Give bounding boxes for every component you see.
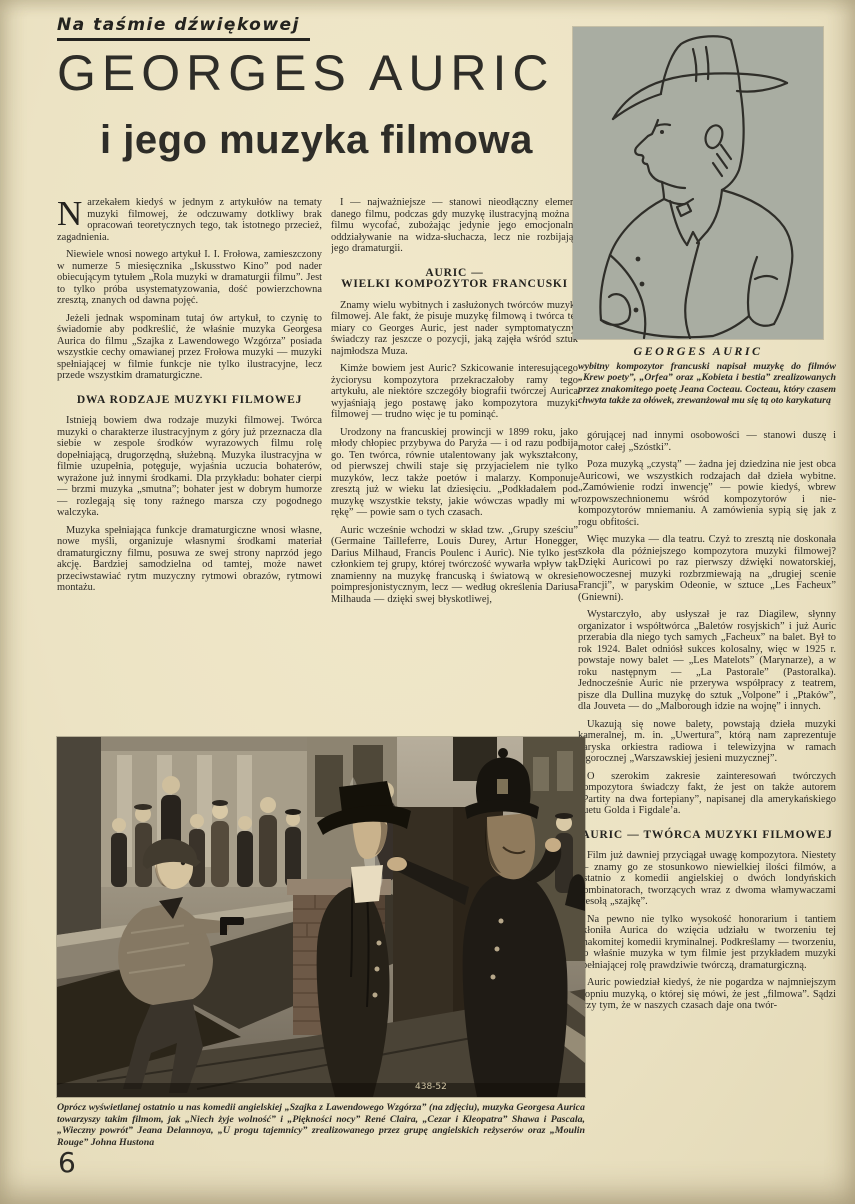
body-paragraph: Muzyka spełniająca funkcje dramaturgiczn…	[57, 525, 322, 594]
body-paragraph: Więc muzyka — dla teatru. Czyż to zreszt…	[578, 534, 836, 603]
caricature-caption-title: GEORGES AURIC	[573, 344, 823, 359]
body-paragraph: Poza muzyką „czystą” — żadna jej dziedzi…	[578, 459, 836, 528]
article-subtitle: i jego muzyka filmowa	[100, 118, 533, 163]
body-paragraph: Znamy wielu wybitnych i zasłużonych twór…	[331, 300, 578, 358]
body-paragraph: górującej nad innymi osobowości — stanow…	[578, 430, 836, 453]
body-paragraph: Ukazują się nowe balety, powstają dzieła…	[578, 719, 836, 765]
film-still-photo: 438-52	[57, 737, 585, 1097]
body-paragraph: Auric powiedział kiedyś, że nie pogardza…	[578, 977, 836, 1012]
body-paragraph: Na pewno nie tylko wysokość honorarium i…	[578, 914, 836, 972]
body-paragraph: Wystarczyło, aby usłyszał je raz Diagile…	[578, 609, 836, 713]
body-paragraph: Urodzony na francuskiej prowincji w 1899…	[331, 427, 578, 519]
body-paragraph: Jeżeli jednak wspominam tutaj ów artykuł…	[57, 313, 322, 382]
body-paragraph: Kimże bowiem jest Auric? Szkicowanie int…	[331, 363, 578, 421]
body-paragraph: O szerokim zakresie zainteresowań twórcz…	[578, 771, 836, 817]
text-column-3: górującej nad innymi osobowości — stanow…	[578, 430, 836, 1194]
section-kicker: Na taśmie dźwiękowej	[57, 15, 310, 41]
text-column-2: I — najważniejsze — stanowi nieodłączny …	[331, 197, 578, 737]
body-paragraph: Auric wcześnie wchodzi w skład tzw. „Gru…	[331, 525, 578, 606]
text-column-1: Narzekałem kiedyś w jednym z artykułów n…	[57, 197, 322, 737]
auric-caricature-image	[573, 27, 823, 339]
section-heading: AURIC — WIELKI KOMPOZYTOR FRANCUSKI	[331, 268, 578, 291]
photo-negative-mark: 438-52	[415, 1082, 447, 1092]
body-paragraph: I — najważniejsze — stanowi nieodłączny …	[331, 197, 578, 255]
section-heading: AURIC — TWÓRCA MUZYKI FILMOWEJ	[578, 830, 836, 842]
article-title: GEORGES AURIC	[57, 44, 555, 102]
page-number: 6	[58, 1146, 76, 1179]
drop-cap: N	[57, 197, 87, 228]
body-paragraph: Narzekałem kiedyś w jednym z artykułów n…	[57, 197, 322, 243]
caricature-line-drawing-icon	[573, 27, 823, 339]
photo-caption: Oprócz wyświetlanej ostatnio u nas komed…	[57, 1102, 585, 1148]
caricature-caption-text: wybitny kompozytor francuski napisał muz…	[578, 361, 836, 406]
film-still-illustration: 438-52	[57, 737, 585, 1097]
magazine-page: Na taśmie dźwiękowej GEORGES AURIC i jeg…	[0, 0, 855, 1204]
body-paragraph: Niewiele wnosi nowego artykuł I. I. Froł…	[57, 249, 322, 307]
section-heading: DWA RODZAJE MUZYKI FILMOWEJ	[57, 395, 322, 407]
body-paragraph: Film już dawniej przyciągał uwagę kompoz…	[578, 850, 836, 908]
body-paragraph: Istnieją bowiem dwa rodzaje muzyki filmo…	[57, 415, 322, 519]
